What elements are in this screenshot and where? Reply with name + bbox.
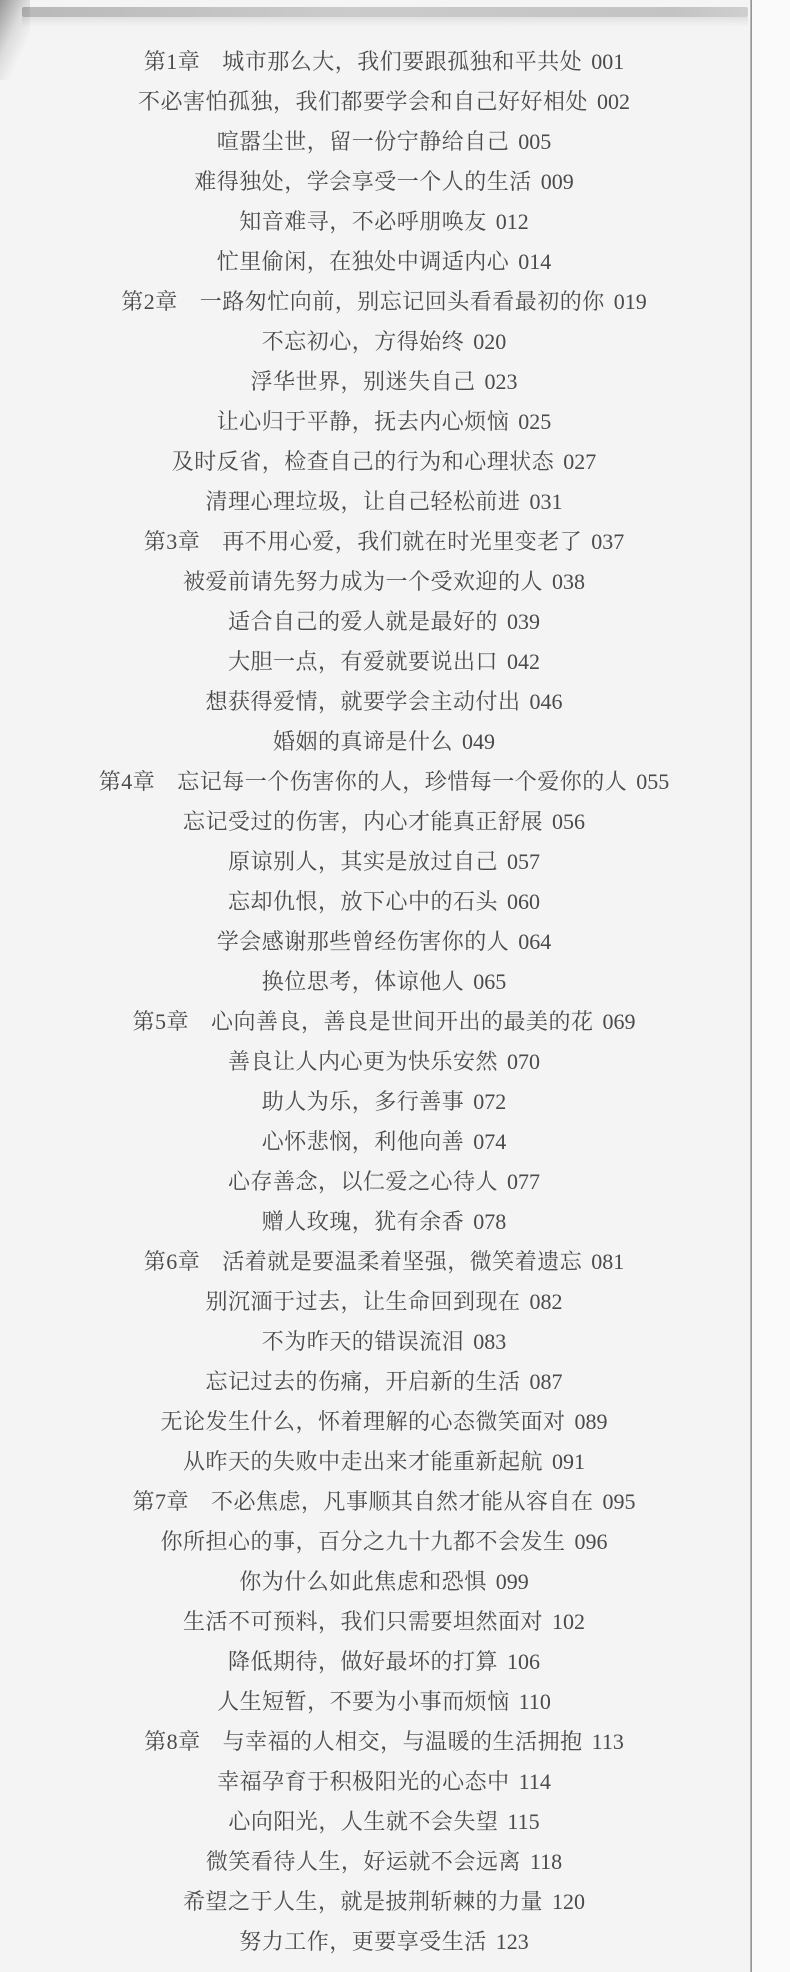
entry-page-number: 025: [518, 409, 551, 434]
entry-page-number: 009: [541, 169, 574, 194]
toc-entry-line: 心存善念，以仁爱之心待人077: [20, 1162, 748, 1202]
entry-page-number: 046: [530, 689, 563, 714]
entry-page-number: 002: [597, 89, 630, 114]
entry-page-number: 078: [473, 1209, 506, 1234]
toc-chapter-line: 第2章一路匆忙向前，别忘记回头看看最初的你019: [20, 282, 748, 322]
toc-entry-line: 被爱前请先努力成为一个受欢迎的人038: [20, 562, 748, 602]
toc-entry-line: 无论发生什么，怀着理解的心态微笑面对089: [20, 1402, 748, 1442]
entry-title: 清理心理垃圾，让自己轻松前进: [205, 489, 520, 514]
entry-page-number: 005: [518, 129, 551, 154]
entry-page-number: 118: [530, 1849, 562, 1874]
chapter-label: 第4章: [99, 769, 156, 794]
chapter-label: 第5章: [132, 1009, 189, 1034]
entry-title: 忙里偷闲，在独处中调适内心: [217, 249, 510, 274]
toc-entry-line: 学会感谢那些曾经伤害你的人064: [20, 922, 748, 962]
chapter-label: 第7章: [132, 1489, 189, 1514]
entry-title: 别沉湎于过去，让生命回到现在: [205, 1289, 520, 1314]
entry-page-number: 091: [552, 1449, 585, 1474]
toc-entry-line: 原谅别人，其实是放过自己057: [20, 842, 748, 882]
entry-title: 学会感谢那些曾经伤害你的人: [217, 929, 510, 954]
entry-page-number: 031: [530, 489, 563, 514]
entry-title: 大胆一点，有爱就要说出口: [228, 649, 498, 674]
toc-entry-line: 善良让人内心更为快乐安然070: [20, 1042, 748, 1082]
toc-entry-line: 微笑看待人生，好运就不会远离118: [20, 1842, 748, 1882]
entry-title: 你为什么如此焦虑和恐惧: [239, 1569, 487, 1594]
toc-entry-line: 知音难寻，不必呼朋唤友012: [20, 202, 748, 242]
toc-entry-line: 助人为乐，多行善事072: [20, 1082, 748, 1122]
toc-entry-line: 适合自己的爱人就是最好的039: [20, 602, 748, 642]
table-of-contents: 第1章城市那么大，我们要跟孤独和平共处001不必害怕孤独，我们都要学会和自己好好…: [20, 0, 748, 1962]
chapter-page-number: 055: [636, 769, 669, 794]
entry-page-number: 012: [496, 209, 529, 234]
entry-title: 不必害怕孤独，我们都要学会和自己好好相处: [138, 89, 588, 114]
entry-page-number: 102: [552, 1609, 585, 1634]
entry-page-number: 123: [496, 1929, 529, 1954]
entry-page-number: 060: [507, 889, 540, 914]
entry-title: 不忘初心，方得始终: [262, 329, 465, 354]
toc-entry-line: 生活不可预料，我们只需要坦然面对102: [20, 1602, 748, 1642]
chapter-page-number: 081: [591, 1249, 624, 1274]
chapter-page-number: 019: [614, 289, 647, 314]
entry-page-number: 057: [507, 849, 540, 874]
entry-title: 被爱前请先努力成为一个受欢迎的人: [183, 569, 543, 594]
entry-title: 适合自己的爱人就是最好的: [228, 609, 498, 634]
entry-title: 你所担心的事，百分之九十九都不会发生: [160, 1529, 565, 1554]
chapter-title: 忘记每一个伤害你的人，珍惜每一个爱你的人: [177, 769, 627, 794]
chapter-page-number: 113: [592, 1729, 624, 1754]
chapter-title: 心向善良，善良是世间开出的最美的花: [211, 1009, 594, 1034]
entry-title: 心向阳光，人生就不会失望: [228, 1809, 498, 1834]
entry-title: 不为昨天的错误流泪: [262, 1329, 465, 1354]
chapter-label: 第1章: [144, 49, 201, 74]
toc-entry-line: 大胆一点，有爱就要说出口042: [20, 642, 748, 682]
entry-title: 善良让人内心更为快乐安然: [228, 1049, 498, 1074]
entry-title: 人生短暂，不要为小事而烦恼: [217, 1689, 510, 1714]
entry-page-number: 072: [473, 1089, 506, 1114]
entry-page-number: 014: [518, 249, 551, 274]
toc-entry-line: 婚姻的真谛是什么049: [20, 722, 748, 762]
entry-page-number: 087: [530, 1369, 563, 1394]
toc-entry-line: 努力工作，更要享受生活123: [20, 1922, 748, 1962]
entry-title: 及时反省，检查自己的行为和心理状态: [172, 449, 555, 474]
chapter-title: 不必焦虑，凡事顺其自然才能从容自在: [211, 1489, 594, 1514]
chapter-page-number: 037: [591, 529, 624, 554]
toc-chapter-line: 第7章不必焦虑，凡事顺其自然才能从容自在095: [20, 1482, 748, 1522]
entry-page-number: 042: [507, 649, 540, 674]
entry-page-number: 049: [462, 729, 495, 754]
entry-page-number: 089: [575, 1409, 608, 1434]
entry-title: 幸福孕育于积极阳光的心态中: [217, 1769, 510, 1794]
entry-page-number: 065: [473, 969, 506, 994]
entry-page-number: 027: [563, 449, 596, 474]
chapter-label: 第3章: [144, 529, 201, 554]
entry-page-number: 106: [507, 1649, 540, 1674]
entry-title: 原谅别人，其实是放过自己: [228, 849, 498, 874]
entry-page-number: 099: [496, 1569, 529, 1594]
chapter-page-number: 069: [603, 1009, 636, 1034]
toc-entry-line: 换位思考，体谅他人065: [20, 962, 748, 1002]
toc-entry-line: 希望之于人生，就是披荆斩棘的力量120: [20, 1882, 748, 1922]
toc-chapter-line: 第5章心向善良，善良是世间开出的最美的花069: [20, 1002, 748, 1042]
chapter-page-number: 001: [591, 49, 624, 74]
toc-chapter-line: 第8章与幸福的人相交，与温暖的生活拥抱113: [20, 1722, 748, 1762]
chapter-title: 与幸福的人相交，与温暖的生活拥抱: [223, 1729, 583, 1754]
toc-entry-line: 及时反省，检查自己的行为和心理状态027: [20, 442, 748, 482]
entry-title: 助人为乐，多行善事: [262, 1089, 465, 1114]
toc-entry-line: 让心归于平静，抚去内心烦恼025: [20, 402, 748, 442]
entry-page-number: 114: [519, 1769, 551, 1794]
entry-title: 换位思考，体谅他人: [262, 969, 465, 994]
entry-page-number: 077: [507, 1169, 540, 1194]
toc-entry-line: 从昨天的失败中走出来才能重新起航091: [20, 1442, 748, 1482]
entry-title: 心怀悲悯，利他向善: [262, 1129, 465, 1154]
entry-title: 心存善念，以仁爱之心待人: [228, 1169, 498, 1194]
toc-entry-line: 不必害怕孤独，我们都要学会和自己好好相处002: [20, 82, 748, 122]
toc-chapter-line: 第3章再不用心爱，我们就在时光里变老了037: [20, 522, 748, 562]
entry-page-number: 115: [507, 1809, 539, 1834]
toc-entry-line: 你为什么如此焦虑和恐惧099: [20, 1562, 748, 1602]
toc-entry-line: 忘记过去的伤痛，开启新的生活087: [20, 1362, 748, 1402]
entry-title: 忘却仇恨，放下心中的石头: [228, 889, 498, 914]
toc-entry-line: 清理心理垃圾，让自己轻松前进031: [20, 482, 748, 522]
entry-page-number: 020: [473, 329, 506, 354]
entry-title: 忘记受过的伤害，内心才能真正舒展: [183, 809, 543, 834]
toc-entry-line: 忘记受过的伤害，内心才能真正舒展056: [20, 802, 748, 842]
toc-entry-line: 别沉湎于过去，让生命回到现在082: [20, 1282, 748, 1322]
book-page: 第1章城市那么大，我们要跟孤独和平共处001不必害怕孤独，我们都要学会和自己好好…: [0, 0, 790, 1972]
entry-page-number: 083: [473, 1329, 506, 1354]
toc-entry-line: 心怀悲悯，利他向善074: [20, 1122, 748, 1162]
entry-title: 从昨天的失败中走出来才能重新起航: [183, 1449, 543, 1474]
entry-title: 婚姻的真谛是什么: [273, 729, 453, 754]
toc-entry-line: 心向阳光，人生就不会失望115: [20, 1802, 748, 1842]
entry-page-number: 056: [552, 809, 585, 834]
toc-entry-line: 人生短暂，不要为小事而烦恼110: [20, 1682, 748, 1722]
toc-entry-line: 忘却仇恨，放下心中的石头060: [20, 882, 748, 922]
entry-title: 希望之于人生，就是披荆斩棘的力量: [183, 1889, 543, 1914]
entry-page-number: 023: [485, 369, 518, 394]
entry-title: 无论发生什么，怀着理解的心态微笑面对: [160, 1409, 565, 1434]
toc-entry-line: 想获得爱情，就要学会主动付出046: [20, 682, 748, 722]
entry-title: 想获得爱情，就要学会主动付出: [205, 689, 520, 714]
entry-page-number: 038: [552, 569, 585, 594]
chapter-label: 第8章: [144, 1729, 201, 1754]
entry-page-number: 110: [519, 1689, 551, 1714]
toc-chapter-line: 第1章城市那么大，我们要跟孤独和平共处001: [20, 42, 748, 82]
toc-entry-line: 幸福孕育于积极阳光的心态中114: [20, 1762, 748, 1802]
toc-entry-line: 降低期待，做好最坏的打算106: [20, 1642, 748, 1682]
chapter-title: 再不用心爱，我们就在时光里变老了: [222, 529, 582, 554]
entry-title: 浮华世界，别迷失自己: [250, 369, 475, 394]
entry-title: 忘记过去的伤痛，开启新的生活: [205, 1369, 520, 1394]
toc-entry-line: 不为昨天的错误流泪083: [20, 1322, 748, 1362]
entry-page-number: 039: [507, 609, 540, 634]
toc-entry-line: 浮华世界，别迷失自己023: [20, 362, 748, 402]
entry-page-number: 082: [530, 1289, 563, 1314]
entry-title: 微笑看待人生，好运就不会远离: [206, 1849, 521, 1874]
toc-entry-line: 喧嚣尘世，留一份宁静给自己005: [20, 122, 748, 162]
toc-chapter-line: 第4章忘记每一个伤害你的人，珍惜每一个爱你的人055: [20, 762, 748, 802]
toc-entry-line: 忙里偷闲，在独处中调适内心014: [20, 242, 748, 282]
entry-title: 降低期待，做好最坏的打算: [228, 1649, 498, 1674]
entry-title: 喧嚣尘世，留一份宁静给自己: [217, 129, 510, 154]
page-right-margin: [752, 0, 790, 1972]
entry-title: 难得独处，学会享受一个人的生活: [194, 169, 532, 194]
chapter-title: 活着就是要温柔着坚强，微笑着遗忘: [222, 1249, 582, 1274]
chapter-title: 城市那么大，我们要跟孤独和平共处: [222, 49, 582, 74]
entry-page-number: 120: [552, 1889, 585, 1914]
chapter-title: 一路匆忙向前，别忘记回头看看最初的你: [200, 289, 605, 314]
entry-page-number: 064: [518, 929, 551, 954]
entry-title: 生活不可预料，我们只需要坦然面对: [183, 1609, 543, 1634]
toc-chapter-line: 第6章活着就是要温柔着坚强，微笑着遗忘081: [20, 1242, 748, 1282]
entry-title: 知音难寻，不必呼朋唤友: [239, 209, 487, 234]
entry-title: 让心归于平静，抚去内心烦恼: [217, 409, 510, 434]
chapter-label: 第6章: [144, 1249, 201, 1274]
chapter-page-number: 095: [603, 1489, 636, 1514]
toc-entry-line: 赠人玫瑰，犹有余香078: [20, 1202, 748, 1242]
entry-title: 赠人玫瑰，犹有余香: [262, 1209, 465, 1234]
toc-entry-line: 不忘初心，方得始终020: [20, 322, 748, 362]
chapter-label: 第2章: [121, 289, 178, 314]
entry-page-number: 074: [473, 1129, 506, 1154]
entry-page-number: 096: [575, 1529, 608, 1554]
entry-page-number: 070: [507, 1049, 540, 1074]
entry-title: 努力工作，更要享受生活: [239, 1929, 487, 1954]
toc-entry-line: 你所担心的事，百分之九十九都不会发生096: [20, 1522, 748, 1562]
toc-entry-line: 难得独处，学会享受一个人的生活009: [20, 162, 748, 202]
